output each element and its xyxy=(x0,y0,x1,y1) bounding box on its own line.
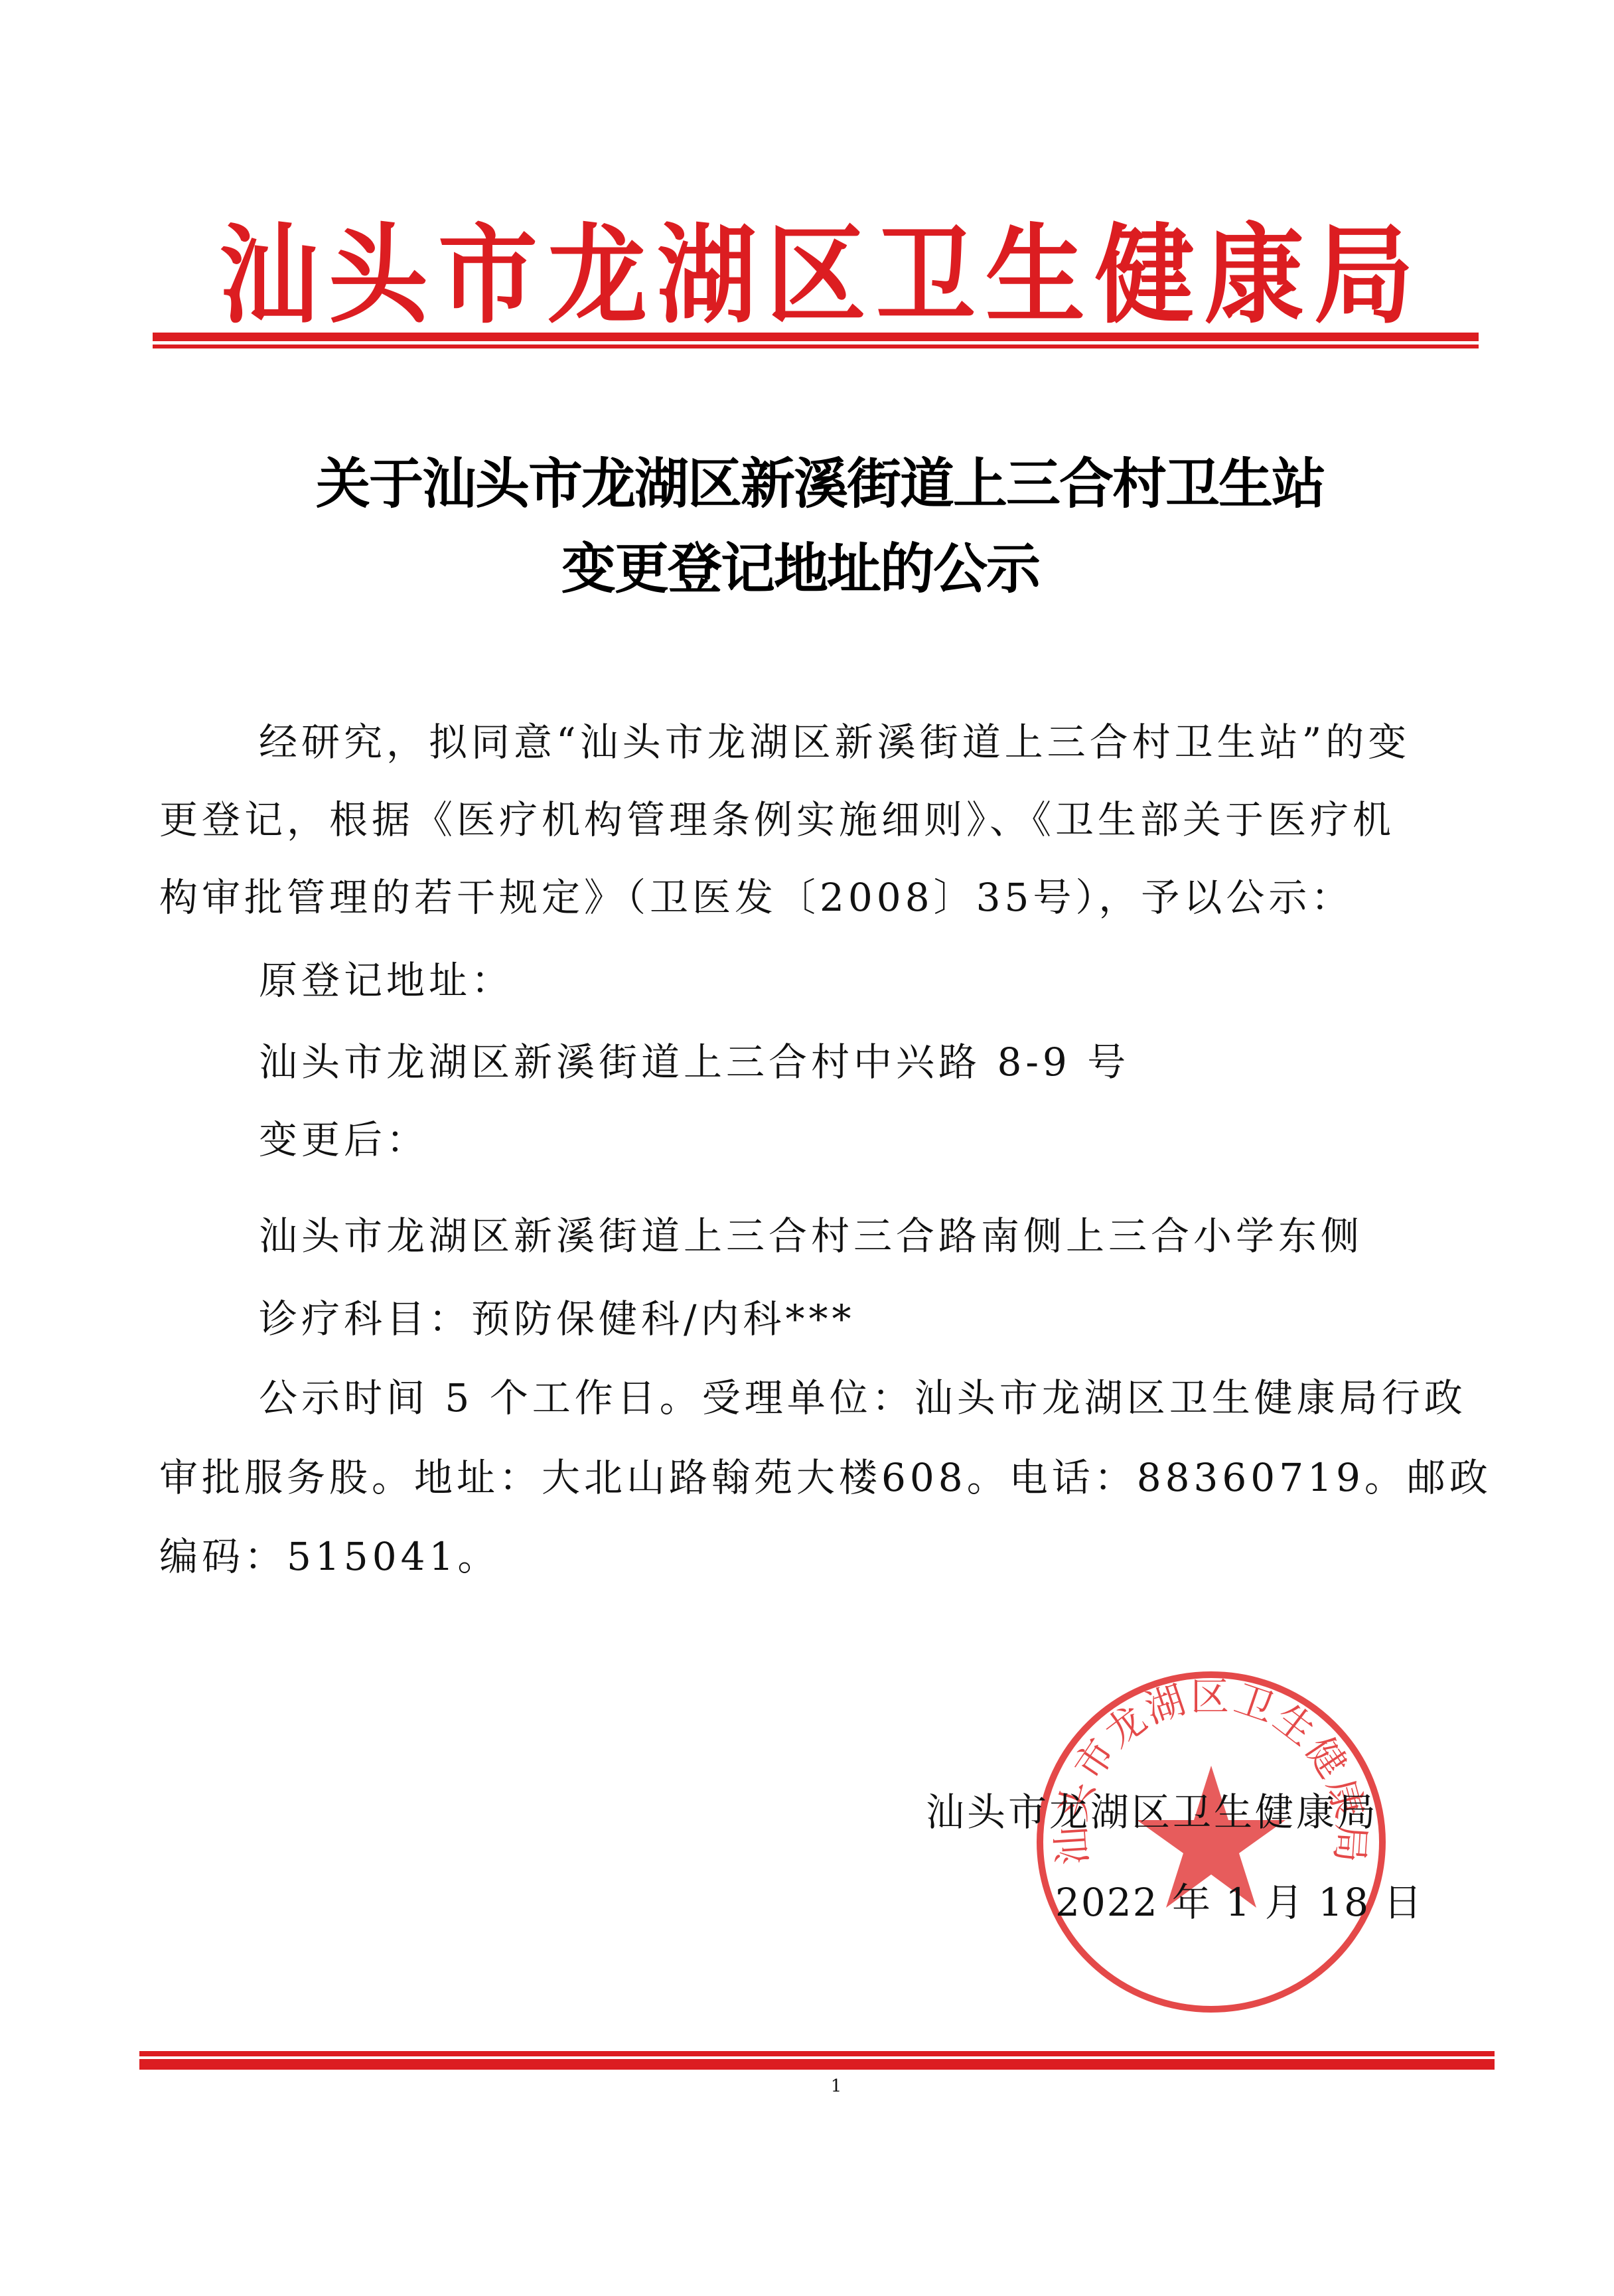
letterhead-char: 局 xyxy=(1314,218,1414,333)
letterhead-char: 健 xyxy=(1095,218,1195,333)
medical-departments: 诊疗科目：预防保健科/内科*** xyxy=(259,1295,1599,1343)
footer-divider-thick xyxy=(139,2059,1495,2070)
new-address: 汕头市龙湖区新溪街道上三合村三合路南侧上三合小学东侧 xyxy=(259,1212,1599,1260)
issue-date: 2022 年 1 月 18 日 xyxy=(1055,1878,1424,1926)
letterhead-char: 康 xyxy=(1205,218,1304,333)
original-address-label: 原登记地址： xyxy=(259,957,1599,1004)
paragraph-1-line-2: 更登记，根据《医疗机构管理条例实施细则》、《卫生部关于医疗机 xyxy=(159,796,1500,844)
letterhead-divider-thick xyxy=(153,333,1479,341)
paragraph-2-line-1: 公示时间 5 个工作日。受理单位：汕头市龙湖区卫生健康局行政 xyxy=(259,1374,1599,1422)
letterhead-char: 龙 xyxy=(548,218,647,333)
letterhead-organization: 汕 头 市 龙 湖 区 卫 生 健 康 局 xyxy=(219,218,1414,333)
letterhead-char: 湖 xyxy=(657,218,757,333)
new-address-label: 变更后： xyxy=(259,1116,1599,1164)
page-number: 1 xyxy=(823,2076,849,2096)
letterhead-char: 市 xyxy=(438,218,538,333)
letterhead-char: 卫 xyxy=(876,218,976,333)
footer-divider-thin xyxy=(139,2051,1495,2056)
paragraph-1-line-3: 构审批管理的若干规定》（卫医发〔2008〕35号），予以公示： xyxy=(159,874,1500,921)
letterhead-char: 汕 xyxy=(219,218,319,333)
document-title-line-1: 关于汕头市龙湖区新溪街道上三合村卫生站 xyxy=(13,451,1614,518)
document-title-line-2: 变更登记地址的公示 xyxy=(0,536,1607,603)
paragraph-1-line-1: 经研究，拟同意“汕头市龙湖区新溪街道上三合村卫生站”的变 xyxy=(259,718,1599,766)
issuer-name: 汕头市龙湖区卫生健康局 xyxy=(926,1788,1378,1836)
letterhead-divider-thin xyxy=(153,344,1479,348)
letterhead-char: 生 xyxy=(986,218,1085,333)
letterhead-char: 头 xyxy=(329,218,428,333)
official-seal-icon: 汕头市龙湖区卫生健康局 xyxy=(1032,1666,1390,2018)
original-address: 汕头市龙湖区新溪街道上三合村中兴路 8-9 号 xyxy=(259,1038,1599,1086)
paragraph-2-line-3: 编码：515041。 xyxy=(159,1533,1500,1580)
letterhead-char: 区 xyxy=(767,218,866,333)
paragraph-2-line-2: 审批服务股。地址：大北山路翰苑大楼608。电话：88360719。邮政 xyxy=(159,1454,1500,1501)
